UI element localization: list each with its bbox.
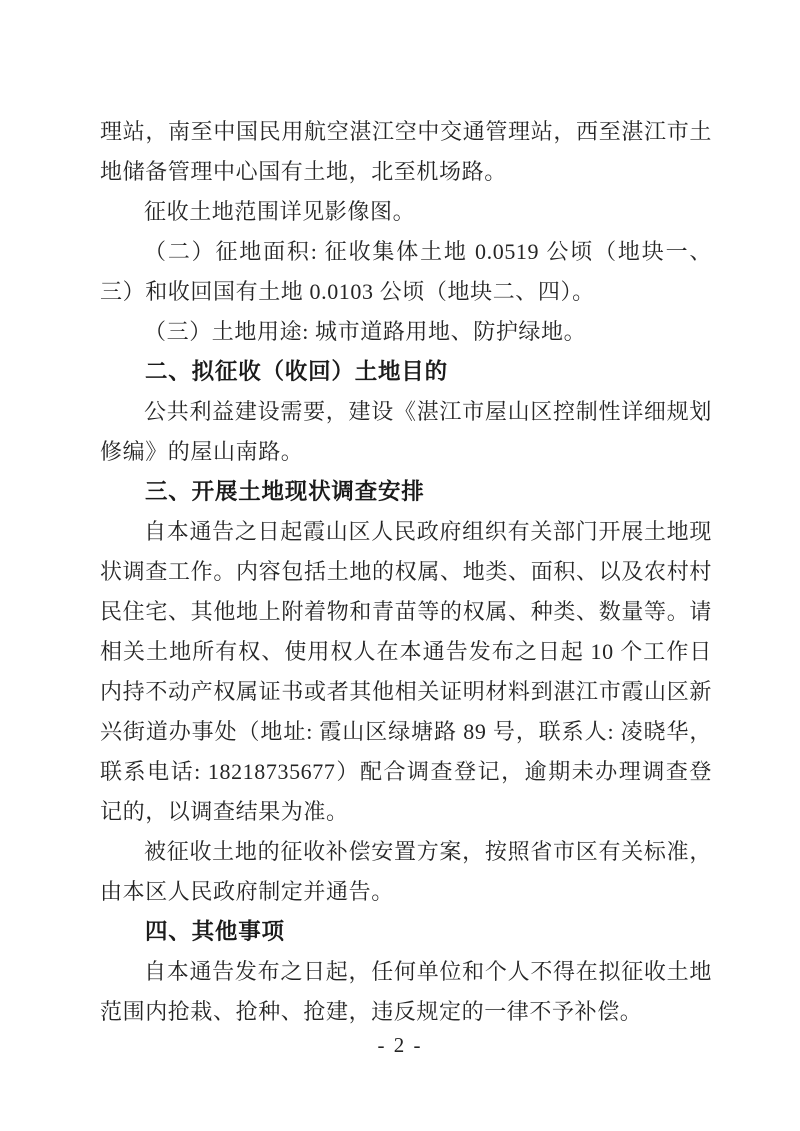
body-paragraph: （二）征地面积: 征收集体土地 0.0519 公顷（地块一、三）和收回国有土地 … bbox=[100, 232, 712, 312]
body-paragraph: 公共利益建设需要，建设《湛江市屋山区控制性详细规划修编》的屋山南路。 bbox=[100, 392, 712, 472]
body-paragraph: 被征收土地的征收补偿安置方案，按照省市区有关标准，由本区人民政府制定并通告。 bbox=[100, 832, 712, 912]
body-paragraph: 征收土地范围详见影像图。 bbox=[100, 192, 712, 232]
section-heading: 四、其他事项 bbox=[100, 912, 712, 952]
body-paragraph: （三）土地用途: 城市道路用地、防护绿地。 bbox=[100, 312, 712, 352]
body-paragraph: 自本通告发布之日起，任何单位和个人不得在拟征收土地范围内抢栽、抢种、抢建，违反规… bbox=[100, 952, 712, 1032]
document-page: 理站，南至中国民用航空湛江空中交通管理站，西至湛江市土地储备管理中心国有土地，北… bbox=[0, 0, 800, 1131]
document-body: 理站，南至中国民用航空湛江空中交通管理站，西至湛江市土地储备管理中心国有土地，北… bbox=[100, 112, 712, 1032]
body-paragraph: 理站，南至中国民用航空湛江空中交通管理站，西至湛江市土地储备管理中心国有土地，北… bbox=[100, 112, 712, 192]
section-heading: 三、开展土地现状调查安排 bbox=[100, 472, 712, 512]
section-heading: 二、拟征收（收回）土地目的 bbox=[100, 352, 712, 392]
page-number: - 2 - bbox=[0, 1025, 800, 1065]
body-paragraph: 自本通告之日起霞山区人民政府组织有关部门开展土地现状调查工作。内容包括土地的权属… bbox=[100, 512, 712, 832]
